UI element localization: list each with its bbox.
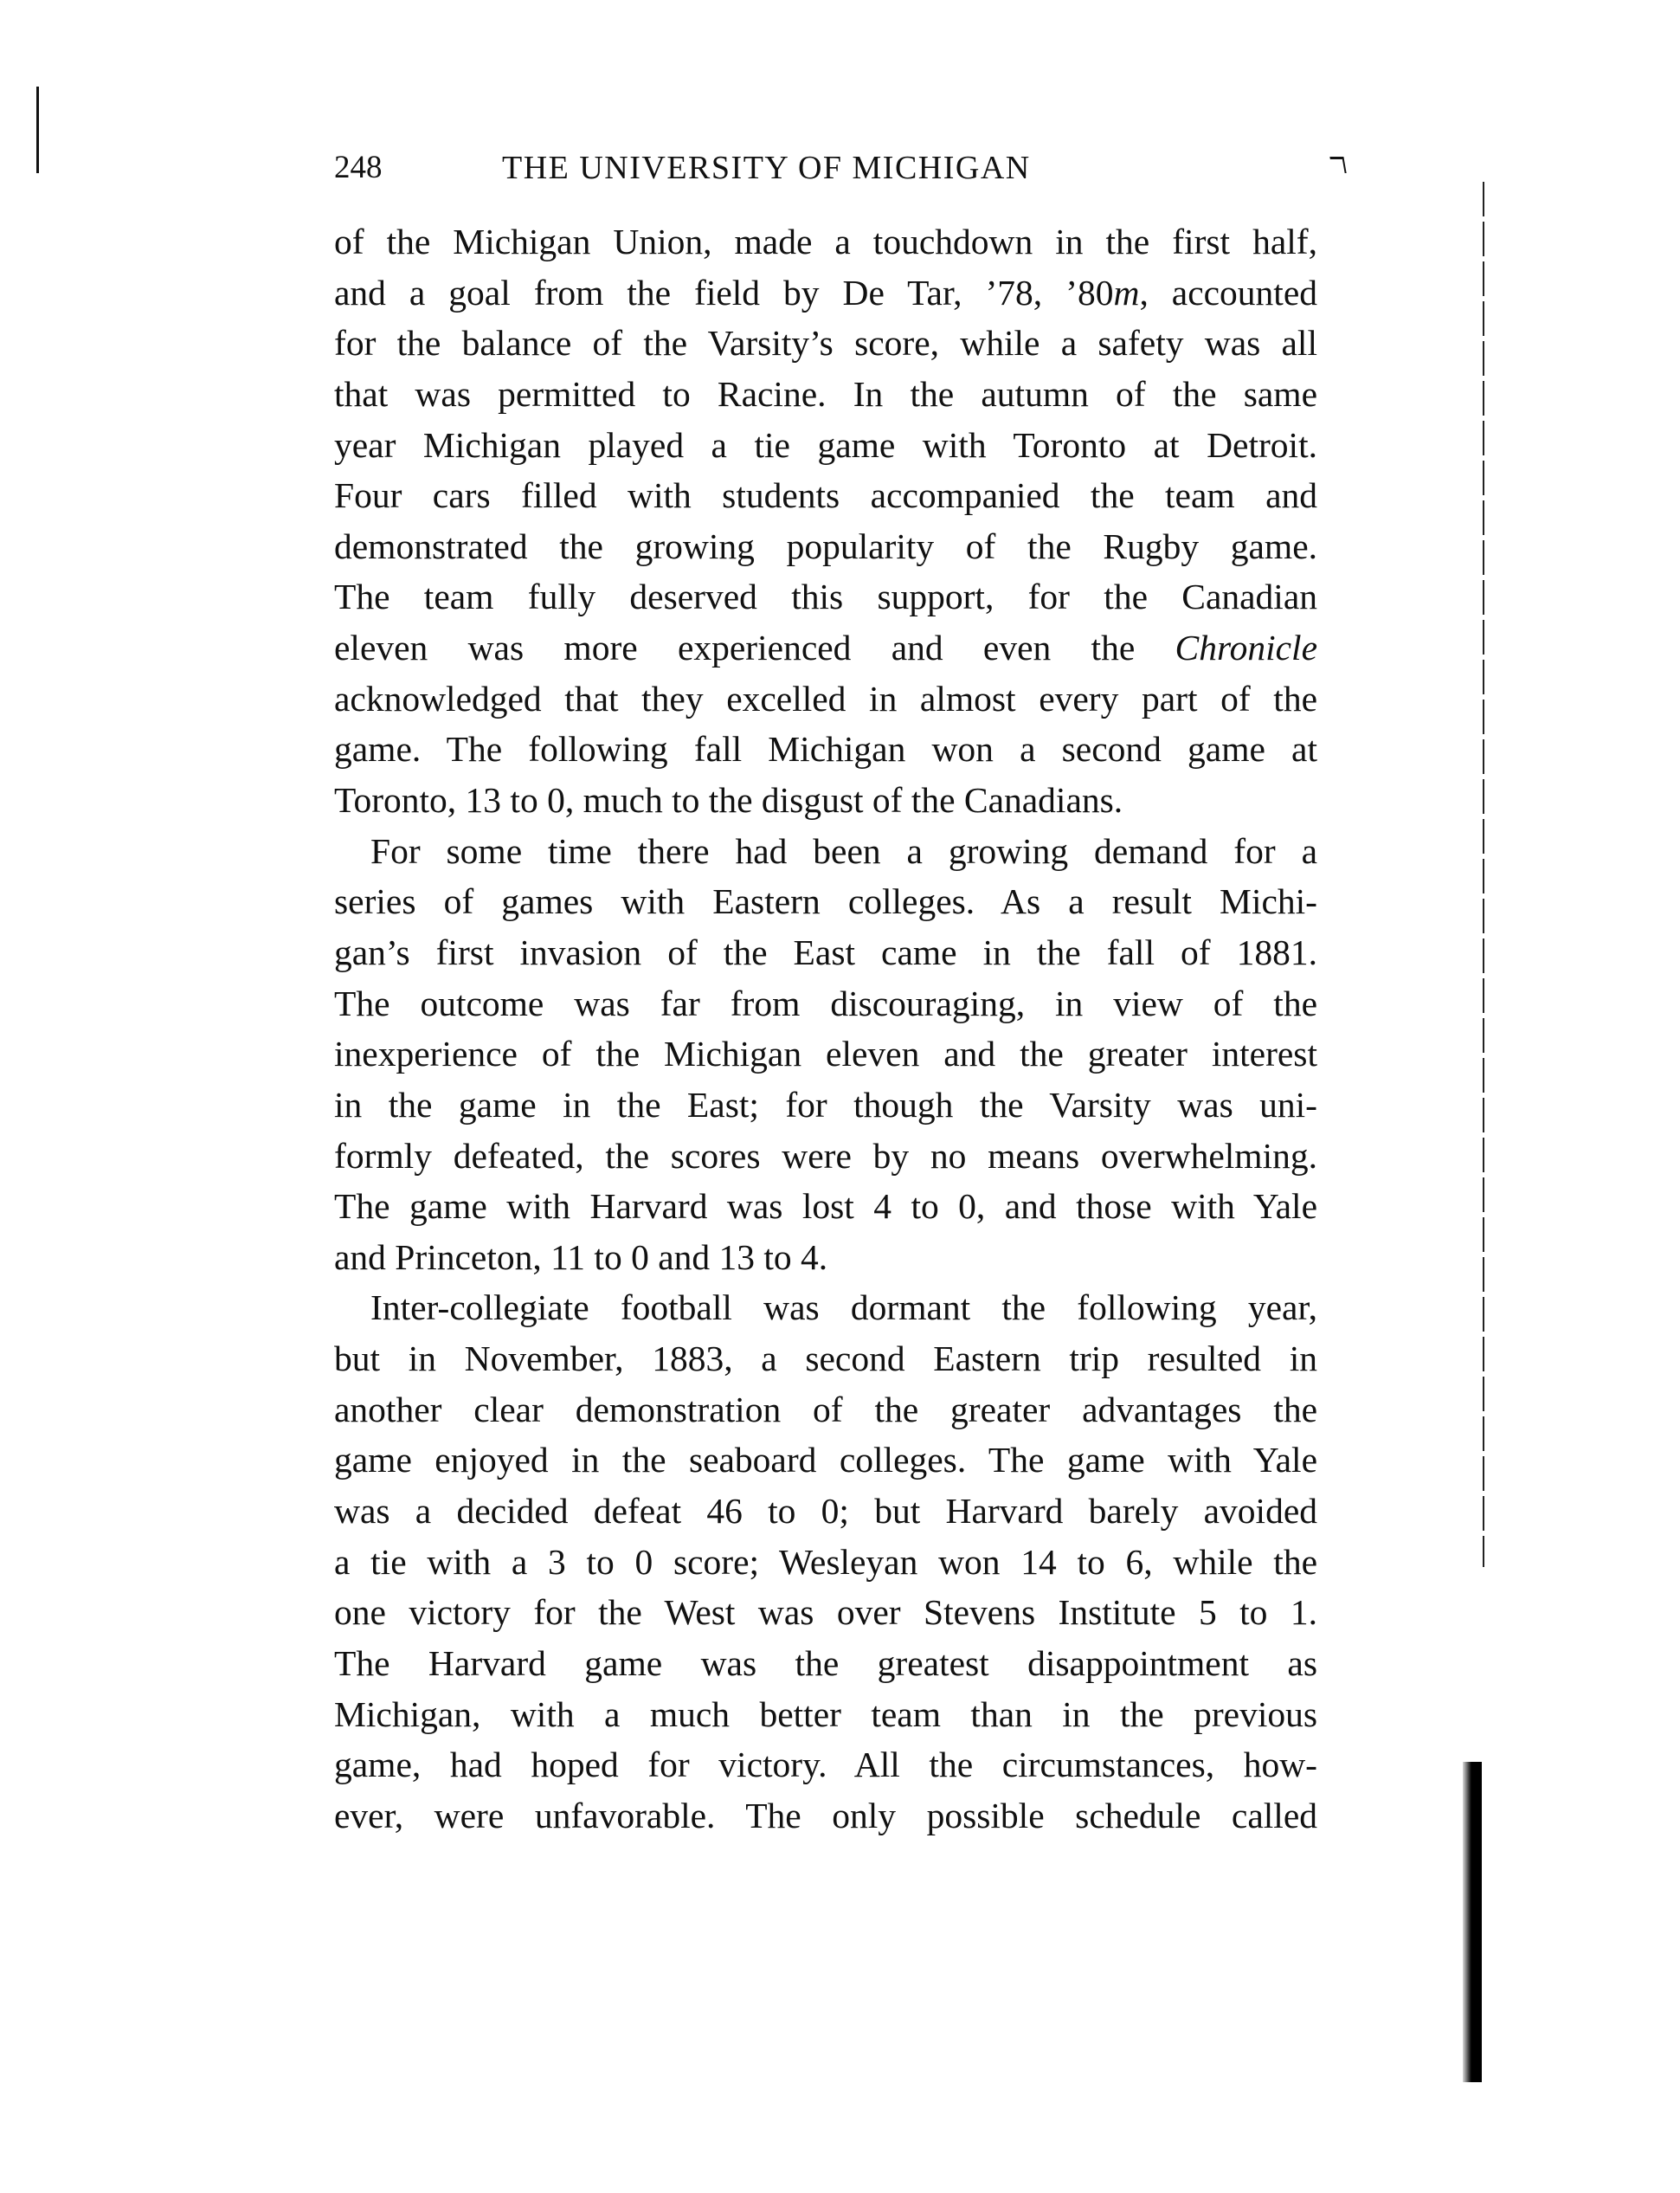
- text-segment: The game with Harvard was lost 4 to 0, a…: [334, 1186, 1317, 1226]
- text-segment: The Harvard game was the greatest disapp…: [334, 1643, 1317, 1683]
- scan-margin-line: [1483, 182, 1484, 1567]
- text-line: Four cars filled with students accompani…: [334, 470, 1317, 521]
- text-line: of the Michigan Union, made a touchdown …: [334, 216, 1317, 268]
- italic-text: m: [1113, 273, 1139, 313]
- scan-corner-mark: [1329, 157, 1346, 173]
- text-segment: and Princeton, 11 to 0 and 13 to 4.: [334, 1237, 827, 1277]
- text-segment: another clear demonstration of the great…: [334, 1390, 1317, 1429]
- text-line: a tie with a 3 to 0 score; Wesleyan won …: [334, 1537, 1317, 1588]
- text-line: another clear demonstration of the great…: [334, 1384, 1317, 1435]
- text-line: year Michigan played a tie game with Tor…: [334, 420, 1317, 471]
- page-number: 248: [334, 145, 383, 190]
- text-line: game. The following fall Michigan won a …: [334, 724, 1317, 775]
- text-line: inexperience of the Michigan eleven and …: [334, 1029, 1317, 1080]
- text-segment: The outcome was far from discouraging, i…: [334, 984, 1317, 1023]
- text-line: acknowledged that they excelled in almos…: [334, 674, 1317, 725]
- text-segment: was a decided defeat 46 to 0; but Harvar…: [334, 1491, 1317, 1531]
- text-line: demonstrated the growing popularity of t…: [334, 521, 1317, 572]
- text-line: The Harvard game was the greatest disapp…: [334, 1638, 1317, 1689]
- text-line: and Princeton, 11 to 0 and 13 to 4.: [334, 1232, 1317, 1283]
- text-segment: The team fully deserved this support, fo…: [334, 577, 1317, 616]
- text-segment: For some time there had been a growing d…: [370, 831, 1317, 871]
- text-segment: , accounted: [1139, 273, 1317, 313]
- running-head: 248 THE UNIVERSITY OF MICHIGAN: [334, 145, 1321, 190]
- book-page: 248 THE UNIVERSITY OF MICHIGAN of the Mi…: [0, 0, 1680, 2193]
- text-segment: eleven was more experienced and even the: [334, 628, 1175, 668]
- text-segment: year Michigan played a tie game with Tor…: [334, 425, 1317, 465]
- text-line: was a decided defeat 46 to 0; but Harvar…: [334, 1486, 1317, 1537]
- binding-shadow: [1463, 1762, 1482, 2082]
- scan-edge-line: [36, 87, 39, 173]
- text-segment: Toronto, 13 to 0, much to the disgust of…: [334, 780, 1123, 820]
- text-segment: ever, were unfavorable. The only possibl…: [334, 1796, 1317, 1835]
- text-segment: in the game in the East; for though the …: [334, 1085, 1317, 1125]
- text-line: but in November, 1883, a second Eastern …: [334, 1333, 1317, 1384]
- text-line: game, had hoped for victory. All the cir…: [334, 1739, 1317, 1790]
- text-line: series of games with Eastern colleges. A…: [334, 876, 1317, 927]
- text-line: game enjoyed in the seaboard colleges. T…: [334, 1435, 1317, 1486]
- text-line: in the game in the East; for though the …: [334, 1080, 1317, 1131]
- body-text: of the Michigan Union, made a touchdown …: [334, 216, 1317, 1841]
- text-segment: acknowledged that they excelled in almos…: [334, 679, 1317, 719]
- text-line: and a goal from the field by De Tar, ’78…: [334, 268, 1317, 319]
- text-segment: of the Michigan Union, made a touchdown …: [334, 222, 1317, 261]
- text-line: The game with Harvard was lost 4 to 0, a…: [334, 1181, 1317, 1232]
- text-line: for the balance of the Varsity’s score, …: [334, 318, 1317, 369]
- text-line: Michigan, with a much better team than i…: [334, 1689, 1317, 1740]
- italic-text: Chronicle: [1175, 628, 1317, 668]
- text-line: The outcome was far from discouraging, i…: [334, 978, 1317, 1029]
- text-segment: game, had hoped for victory. All the cir…: [334, 1745, 1317, 1784]
- text-line: Inter-collegiate football was dormant th…: [334, 1282, 1317, 1333]
- text-segment: inexperience of the Michigan eleven and …: [334, 1034, 1317, 1074]
- text-segment: gan’s first invasion of the East came in…: [334, 932, 1317, 972]
- text-segment: series of games with Eastern colleges. A…: [334, 881, 1317, 921]
- text-segment: Four cars filled with students accompani…: [334, 475, 1317, 515]
- text-line: formly defeated, the scores were by no m…: [334, 1131, 1317, 1182]
- text-segment: a tie with a 3 to 0 score; Wesleyan won …: [334, 1542, 1317, 1582]
- text-segment: demonstrated the growing popularity of t…: [334, 526, 1317, 566]
- text-segment: formly defeated, the scores were by no m…: [334, 1136, 1317, 1176]
- text-line: gan’s first invasion of the East came in…: [334, 927, 1317, 978]
- text-segment: for the balance of the Varsity’s score, …: [334, 323, 1317, 363]
- running-title: THE UNIVERSITY OF MICHIGAN: [502, 145, 1031, 190]
- text-segment: game enjoyed in the seaboard colleges. T…: [334, 1440, 1317, 1480]
- text-line: The team fully deserved this support, fo…: [334, 571, 1317, 622]
- text-segment: that was permitted to Racine. In the aut…: [334, 374, 1317, 414]
- text-segment: one victory for the West was over Steven…: [334, 1592, 1317, 1632]
- text-segment: and a goal from the field by De Tar, ’78…: [334, 273, 1113, 313]
- text-line: that was permitted to Racine. In the aut…: [334, 369, 1317, 420]
- text-line: eleven was more experienced and even the…: [334, 622, 1317, 674]
- text-segment: Michigan, with a much better team than i…: [334, 1694, 1317, 1734]
- text-line: one victory for the West was over Steven…: [334, 1587, 1317, 1638]
- text-line: For some time there had been a growing d…: [334, 826, 1317, 877]
- text-segment: game. The following fall Michigan won a …: [334, 729, 1317, 769]
- text-line: Toronto, 13 to 0, much to the disgust of…: [334, 775, 1317, 826]
- text-segment: but in November, 1883, a second Eastern …: [334, 1338, 1317, 1378]
- text-segment: Inter-collegiate football was dormant th…: [370, 1287, 1317, 1327]
- text-line: ever, were unfavorable. The only possibl…: [334, 1790, 1317, 1841]
